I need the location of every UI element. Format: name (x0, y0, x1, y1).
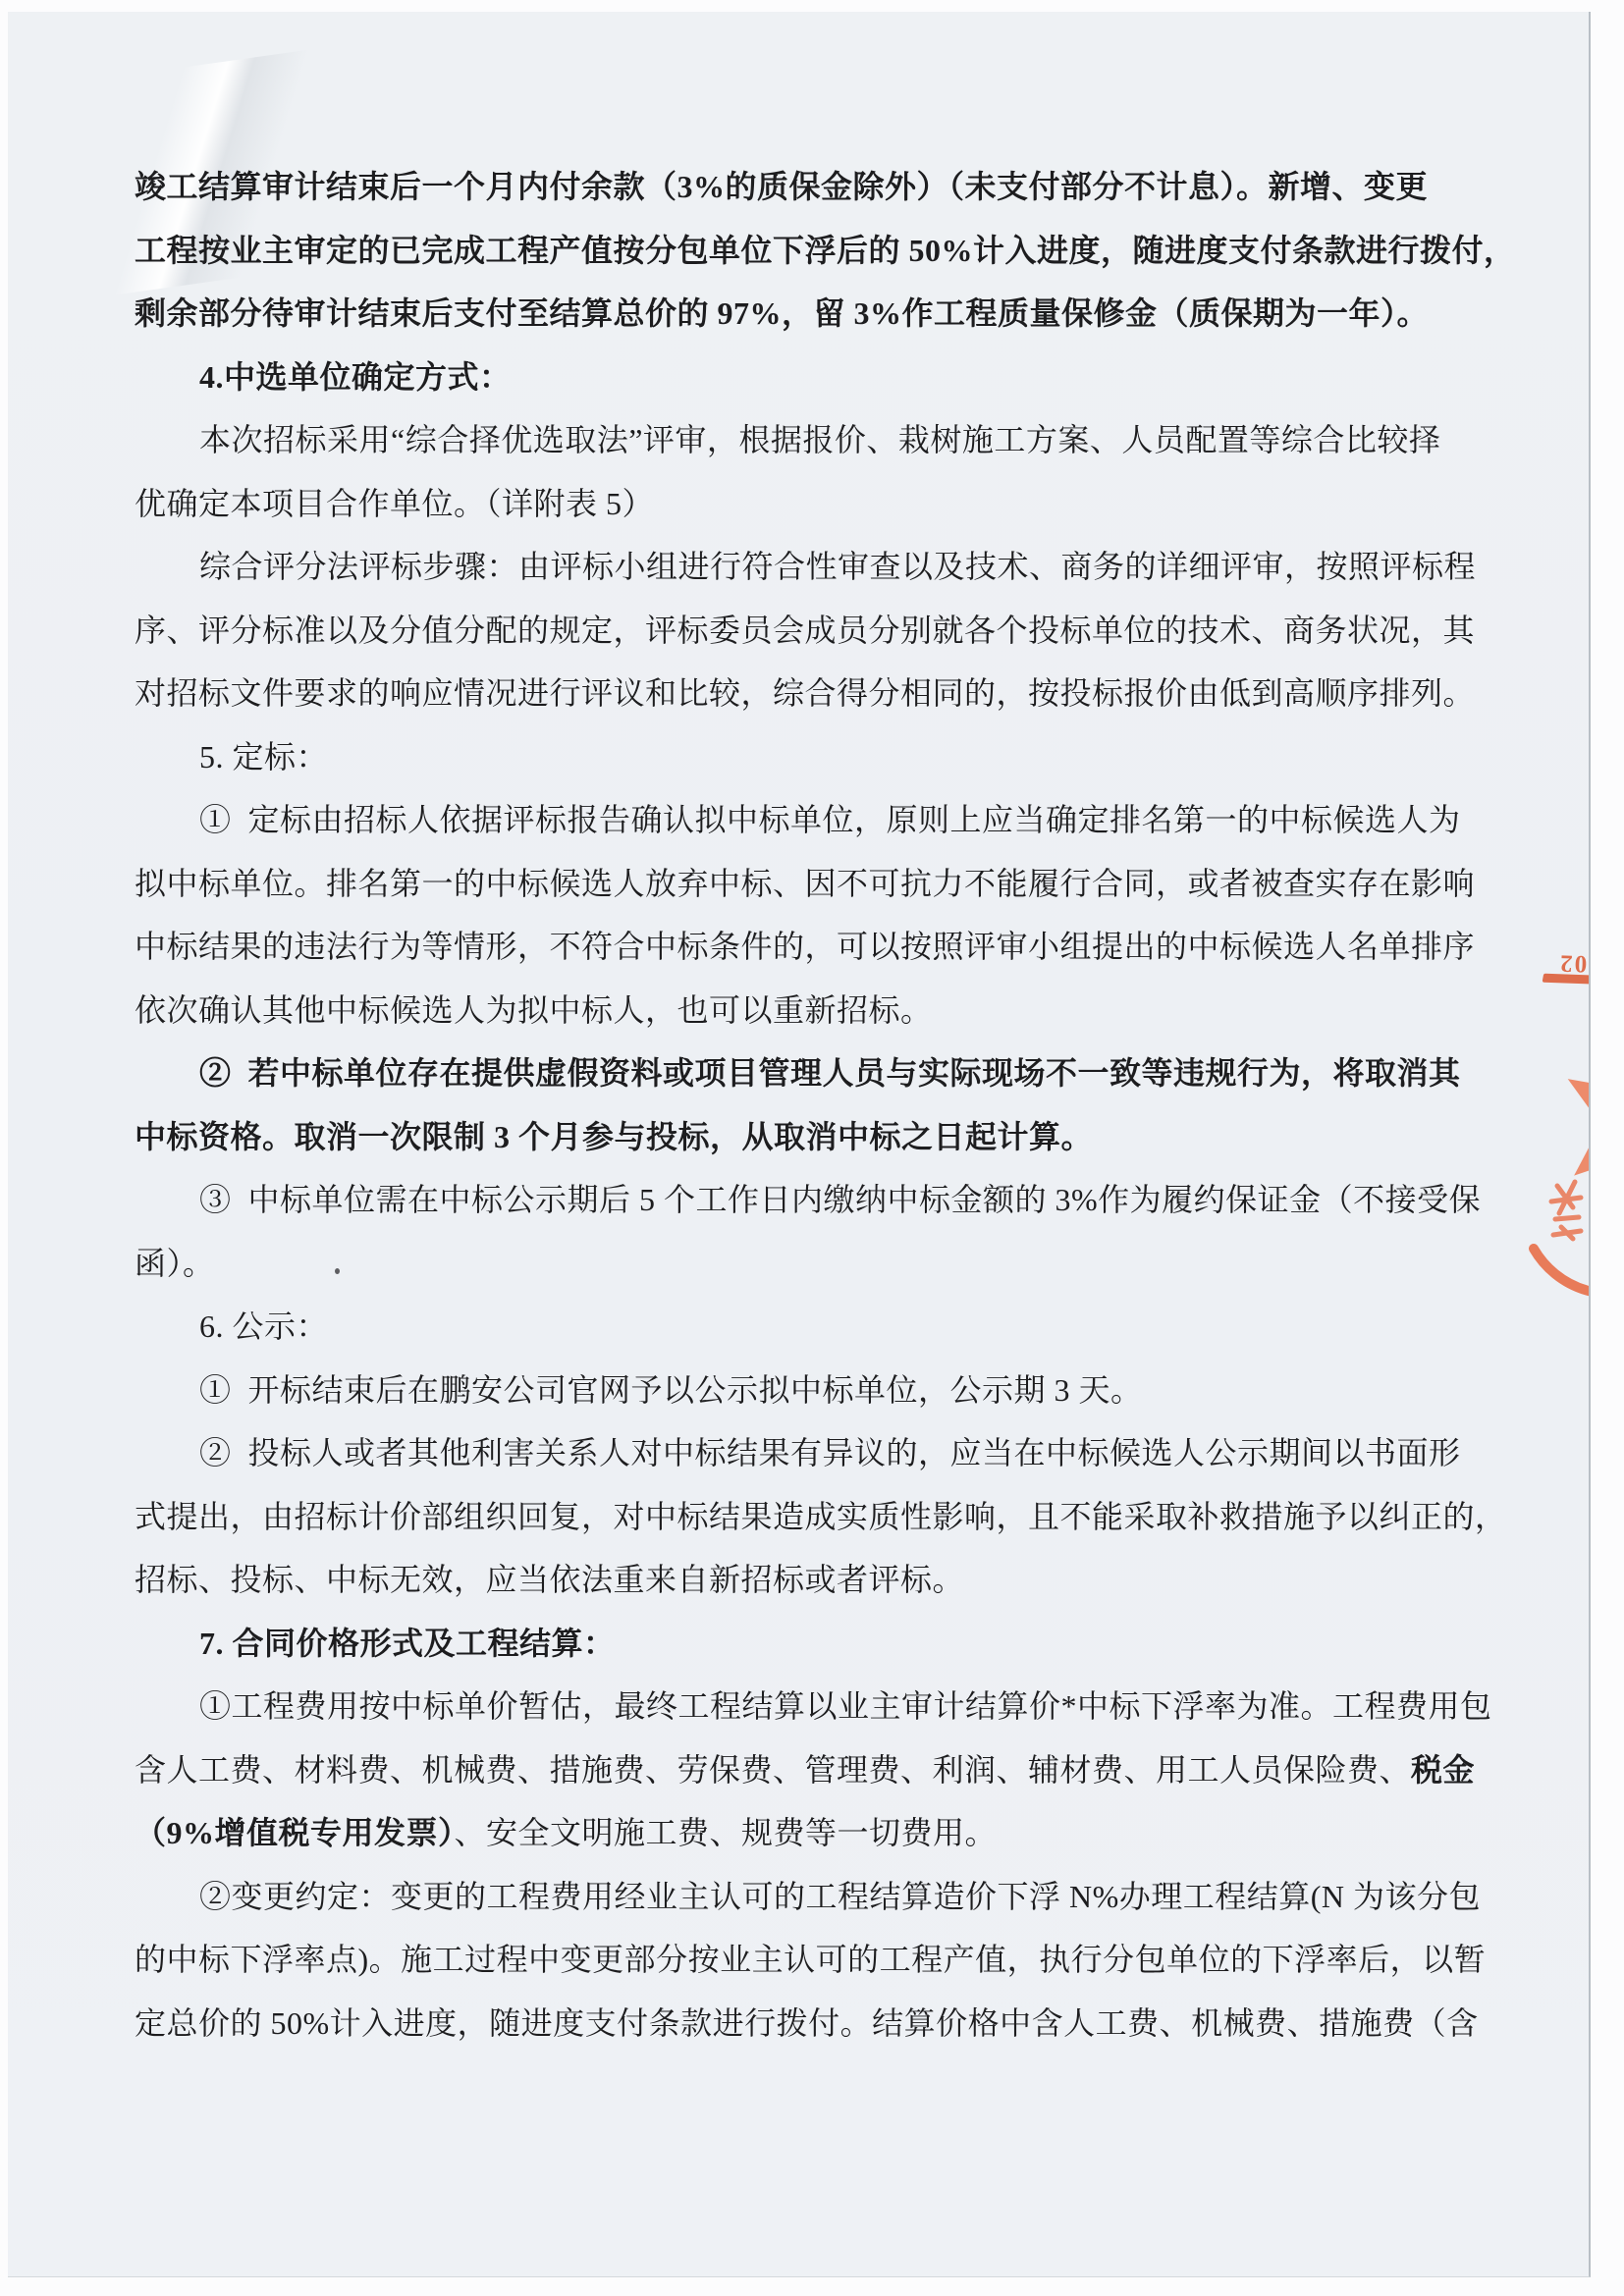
text-segment: ① 开标结束后在鹏安公司官网予以公示拟中标单位，公示期 3 天。 (199, 1372, 1143, 1408)
seal-arc-icon (1516, 1168, 1591, 1306)
text-line: 4.中选单位确定方式： (135, 346, 1501, 409)
text-line: 6. 公示： (135, 1295, 1501, 1359)
text-segment: ② 投标人或者其他利害关系人对中标结果有异议的，应当在中标候选人公示期间以书面形 (199, 1435, 1461, 1470)
text-segment: 本次招标采用“综合择优选取法”评审，根据报价、栽树施工方案、人员配置等综合比较择 (199, 422, 1440, 457)
text-segment: 优确定本项目合作单位。（详附表 5） (135, 486, 654, 521)
text-line: 招标、投标、中标无效，应当依法重来自新招标或者评标。 (135, 1548, 1501, 1612)
text-segment: （9%增值税专用发票） (135, 1815, 455, 1850)
text-segment: 、安全文明施工费、规费等一切费用。 (455, 1815, 998, 1850)
ink-dot (335, 1268, 340, 1274)
text-segment: 含人工费、材料费、机械费、措施费、劳保费、管理费、利润、辅材费、用工人员保险费、 (135, 1752, 1411, 1788)
text-segment: ①工程费用按中标单价暂估，最终工程结算以业主审计结算价*中标下浮率为准。工程费用… (199, 1688, 1492, 1724)
text-segment: 6. 公示： (199, 1308, 328, 1344)
text-line: ② 投标人或者其他利害关系人对中标结果有异议的，应当在中标候选人公示期间以书面形 (135, 1421, 1501, 1485)
text-line: ①工程费用按中标单价暂估，最终工程结算以业主审计结算价*中标下浮率为准。工程费用… (135, 1675, 1501, 1738)
document-text: 竣工结算审计结束后一个月内付余款（3%的质保金除外）（未支付部分不计息）。新增、… (135, 155, 1501, 2055)
text-line: 依次确认其他中标候选人为拟中标人，也可以重新招标。 (135, 979, 1501, 1042)
text-line: ① 定标由招标人依据评标报告确认拟中标单位，原则上应当确定排名第一的中标候选人为 (135, 788, 1501, 852)
text-line: ② 若中标单位存在提供虚假资料或项目管理人员与实际现场不一致等违规行为，将取消其 (135, 1041, 1501, 1105)
text-segment: 依次确认其他中标候选人为拟中标人，也可以重新招标。 (135, 992, 933, 1028)
text-segment: 定总价的 50%计入进度，随进度支付条款进行拨付。结算价格中含人工费、机械费、措… (135, 2005, 1479, 2041)
seal-number-fragment: 502 (1535, 938, 1591, 985)
text-segment: 式提出，由招标计价部组织回复，对中标结果造成实质性影响，且不能采取补救措施予以纠… (135, 1499, 1507, 1534)
text-line: ③ 中标单位需在中标公示期后 5 个工作日内缴纳中标金额的 3%作为履约保证金（… (135, 1168, 1501, 1232)
text-line: 拟中标单位。排名第一的中标候选人放弃中标、因不可抗力不能履行合同，或者被查实存在… (135, 852, 1501, 916)
text-segment: 7. 合同价格形式及工程结算： (199, 1626, 616, 1661)
text-line: 中标结果的违法行为等情形，不符合中标条件的，可以按照评审小组提出的中标候选人名单… (135, 915, 1501, 979)
text-line: 函）。 (135, 1232, 1501, 1296)
text-segment: 招标、投标、中标无效，应当依法重来自新招标或者评标。 (135, 1562, 964, 1597)
text-line: 本次招标采用“综合择优选取法”评审，根据报价、栽树施工方案、人员配置等综合比较择 (135, 408, 1501, 472)
text-line: 对招标文件要求的响应情况进行评议和比较，综合得分相同的，按投标报价由低到高顺序排… (135, 662, 1501, 725)
text-line: 综合评分法评标步骤：由评标小组进行符合性审查以及技术、商务的详细评审，按照评标程 (135, 535, 1501, 599)
text-line: 的中标下浮率点)。施工过程中变更部分按业主认可的工程产值，执行分包单位的下浮率后… (135, 1928, 1501, 1992)
text-line: 序、评分标准以及分值分配的规定，评标委员会成员分别就各个投标单位的技术、商务状况… (135, 599, 1501, 663)
text-segment: 的中标下浮率点)。施工过程中变更部分按业主认可的工程产值，执行分包单位的下浮率后… (135, 1942, 1486, 1977)
text-segment: 对招标文件要求的响应情况进行评议和比较，综合得分相同的，按投标报价由低到高顺序排… (135, 675, 1475, 711)
text-line: 7. 合同价格形式及工程结算： (135, 1612, 1501, 1676)
text-segment: ① 定标由招标人依据评标报告确认拟中标单位，原则上应当确定排名第一的中标候选人为 (199, 802, 1461, 837)
text-line: 竣工结算审计结束后一个月内付余款（3%的质保金除外）（未支付部分不计息）。新增、… (135, 155, 1501, 219)
text-line: （9%增值税专用发票）、安全文明施工费、规费等一切费用。 (135, 1801, 1501, 1865)
text-segment: 函）。 (135, 1246, 215, 1281)
text-line: ②变更约定：变更的工程费用经业主认可的工程结算造价下浮 N%办理工程结算(N 为… (135, 1865, 1501, 1929)
text-line: 剩余部分待审计结束后支付至结算总价的 97%，留 3%作工程质量保修金（质保期为… (135, 282, 1501, 346)
text-line: 中标资格。取消一次限制 3 个月参与投标，从取消中标之日起计算。 (135, 1105, 1501, 1169)
document-page: 竣工结算审计结束后一个月内付余款（3%的质保金除外）（未支付部分不计息）。新增、… (8, 12, 1591, 2277)
text-segment: ② 若中标单位存在提供虚假资料或项目管理人员与实际现场不一致等违规行为，将取消其 (199, 1055, 1461, 1091)
text-segment: 工程按业主审定的已完成工程产值按分包单位下浮后的 50%计入进度，随进度支付条款… (135, 233, 1516, 268)
seal-bar-icon (1543, 974, 1591, 986)
text-line: 定总价的 50%计入进度，随进度支付条款进行拨付。结算价格中含人工费、机械费、措… (135, 1992, 1501, 2056)
text-line: 优确定本项目合作单位。（详附表 5） (135, 472, 1501, 536)
text-line: 含人工费、材料费、机械费、措施费、劳保费、管理费、利润、辅材费、用工人员保险费、… (135, 1738, 1501, 1802)
text-line: ① 开标结束后在鹏安公司官网予以公示拟中标单位，公示期 3 天。 (135, 1359, 1501, 1422)
text-segment: 4.中选单位确定方式： (199, 359, 512, 395)
text-segment: ②变更约定：变更的工程费用经业主认可的工程结算造价下浮 N%办理工程结算(N 为… (199, 1879, 1481, 1914)
text-line: 式提出，由招标计价部组织回复，对中标结果造成实质性影响，且不能采取补救措施予以纠… (135, 1485, 1501, 1549)
text-segment: 综合评分法评标步骤：由评标小组进行符合性审查以及技术、商务的详细评审，按照评标程 (199, 549, 1476, 584)
text-segment: 竣工结算审计结束后一个月内付余款（3%的质保金除外）（未支付部分不计息）。新增、… (135, 169, 1428, 204)
text-segment: ③ 中标单位需在中标公示期后 5 个工作日内缴纳中标金额的 3%作为履约保证金（… (199, 1182, 1481, 1217)
text-segment: 拟中标单位。排名第一的中标候选人放弃中标、因不可抗力不能履行合同，或者被查实存在… (135, 866, 1475, 901)
scan-background: { "page": { "kind": "scanned-contract-pa… (0, 0, 1624, 2296)
text-segment: 5. 定标： (199, 739, 328, 774)
text-segment: 剩余部分待审计结束后支付至结算总价的 97%，留 3%作工程质量保修金（质保期为… (135, 295, 1429, 331)
text-line: 工程按业主审定的已完成工程产值按分包单位下浮后的 50%计入进度，随进度支付条款… (135, 219, 1501, 283)
text-segment: 中标资格。取消一次限制 3 个月参与投标，从取消中标之日起计算。 (135, 1119, 1093, 1154)
text-segment: 税金 (1411, 1752, 1475, 1788)
text-segment: 序、评分标准以及分值分配的规定，评标委员会成员分别就各个投标单位的技术、商务状况… (135, 613, 1475, 648)
text-segment: 中标结果的违法行为等情形，不符合中标条件的，可以按照评审小组提出的中标候选人名单… (135, 929, 1475, 964)
text-line: 5. 定标： (135, 725, 1501, 789)
